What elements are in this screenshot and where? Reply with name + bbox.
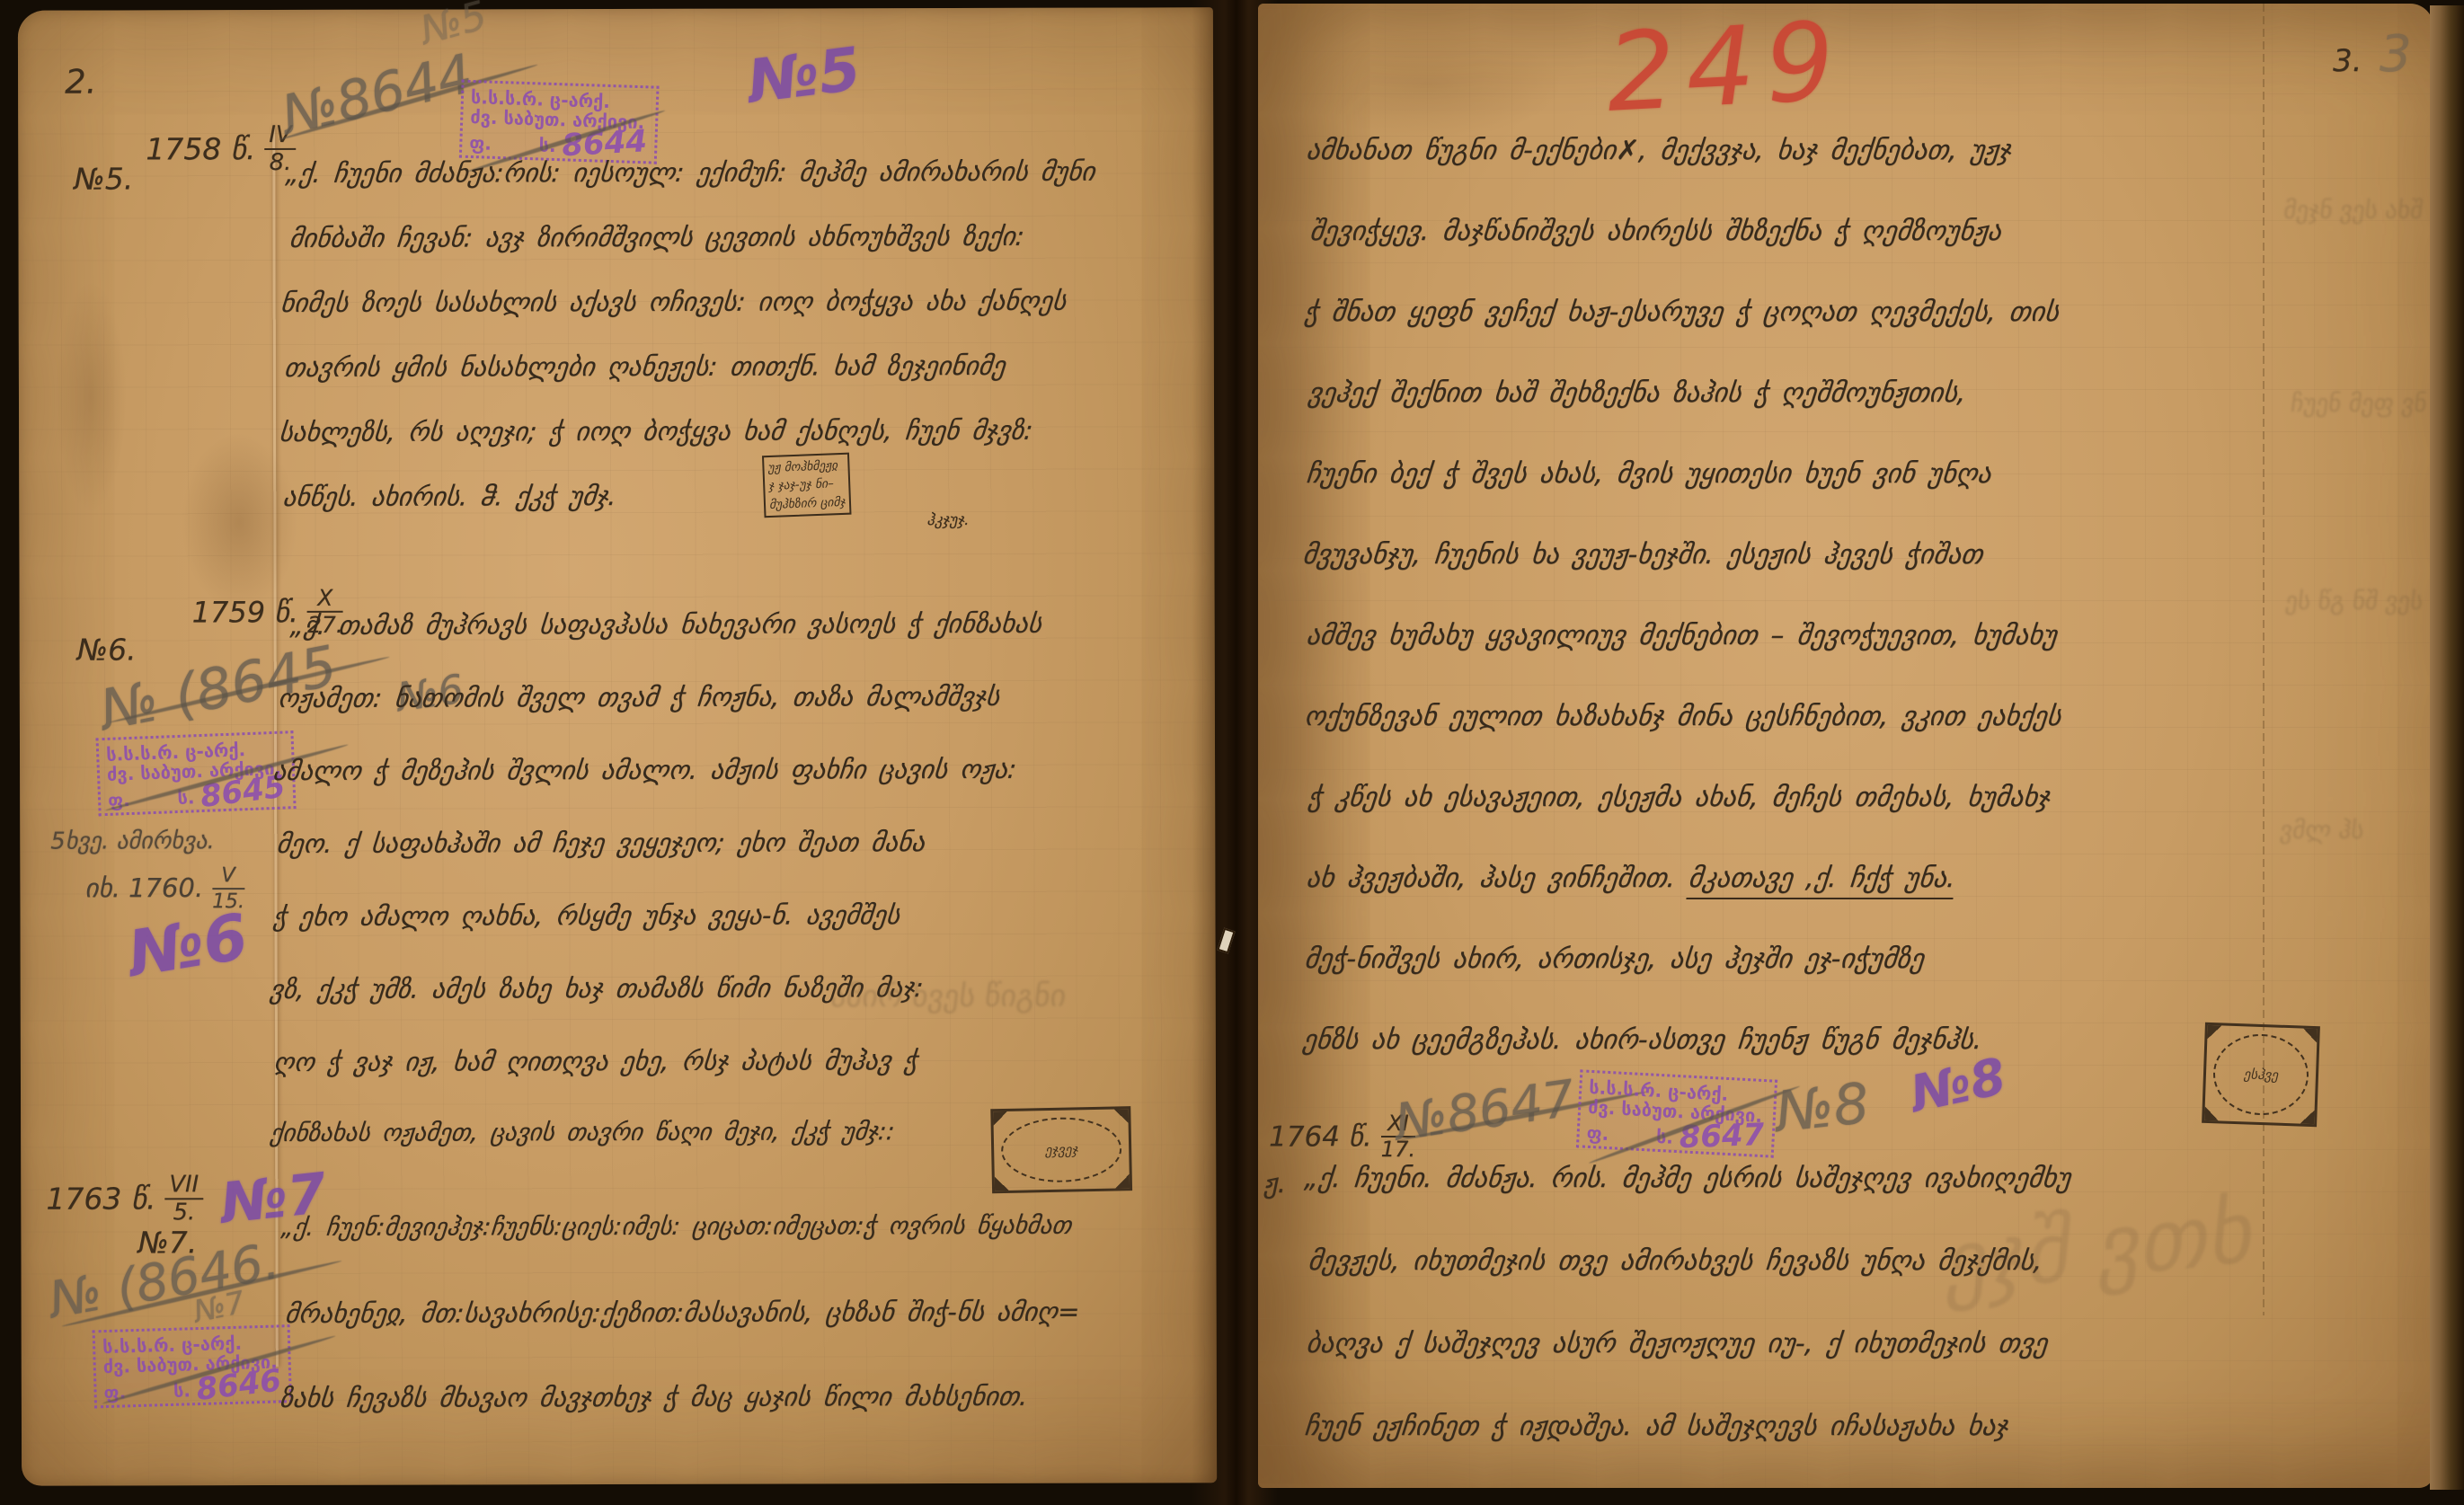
page-number: 2. <box>65 63 96 102</box>
handwriting-line: ჭ კწეს ახ ესავაჟეით, ესეჟმა ახან, მეჩეს … <box>1307 782 2052 813</box>
date-numerator: V <box>212 865 244 890</box>
bleed-through-scribble: ეჯშ ვთხ <box>1937 1182 2256 1313</box>
handwriting-line: მინბაში ჩევან: ავჯ ზირიმშვილს ცევთის ახნ… <box>288 221 1026 253</box>
entry5-purple-no: №5 <box>744 34 864 117</box>
archive-stamp-8647: ს.ს.ს.რ. ც-არქ. ძვ. საბუთ. არქივი. ფ.ს. … <box>1576 1069 1777 1158</box>
entry5-margin-no: №5. <box>74 161 133 196</box>
handwriting-line: შევიჭყევ. მაჯწანიშვეს ახირესს შხზექნა ჭ … <box>1308 216 2003 247</box>
red-folio-number: 249 <box>1604 0 1848 137</box>
handwriting-line: თავრის ყმის ნასახლები ღანეჟეს: თითქნ. ხა… <box>283 350 1007 383</box>
date-numerator: VII <box>164 1173 203 1200</box>
date-denominator: 5. <box>164 1200 203 1226</box>
handwriting-line: მეჭ-ნიშვეს ახირ, ართისჯე, ასე ჰეჯში ეჯ-ი… <box>1303 943 1926 975</box>
seal-inscription: ესჰვე <box>2211 1032 2309 1117</box>
note-box-line: მუჰხზირ ციმჯ <box>769 492 846 513</box>
manuscript-left-page: 2. 1758 წ.IV8. №8644 №5 ს.ს.ს.რ. ც-არქ. … <box>18 7 1217 1485</box>
handwriting-line: ღო ჭ ვაჯ იჟ, ხამ ღითღვა ეხე, რსჯ პატას მ… <box>272 1045 919 1077</box>
handwriting-line: ვზ, ქკჭ უმზ. ამეს ზახე ხაჯ თამაზს წიმი ნ… <box>269 972 925 1005</box>
handwriting-line: ამშევ ხუმახუ ყვავილიუვ მექნებით – შევოჭუ… <box>1305 620 2059 651</box>
handwriting-line: მვუვანჯუ, ჩუენის ხა ვეუჟ-ხეჯში. ესეჟის ჰ… <box>1301 539 1984 571</box>
entry5-date-year: 1758 წ. <box>146 131 255 166</box>
handwriting-line: ოქუნზევან ეულით ხაზახანჯ მინა ცესჩნებით,… <box>1303 701 2063 732</box>
margin-note-box: უჟ მოჰხმეჟჲ ჯ ჯაჯ-უჯ ნი– მუჰხზირ ციმჯ <box>762 453 851 518</box>
paper-stain <box>181 432 298 612</box>
entry8-pencil-no: №8 <box>1772 1070 1872 1145</box>
handwriting-line: ვეჰექ შექნით ხაშ შეხზექნა ზაჰის ჭ ღეშმოუ… <box>1307 377 1968 409</box>
page-number-ink: 3. <box>2333 43 2362 79</box>
margin-note2-prefix: იხ. 1760. <box>84 872 203 903</box>
handwriting-line: „ქ. ჩუენ:მევიეჰეჯ:ჩუენს:ციეს:იმეს: ციცათ… <box>279 1212 1073 1242</box>
page-edge-stack <box>2430 5 2464 1490</box>
page-number-pencil: 3 <box>2380 25 2412 84</box>
bleed-through-text: ვმლ ჰს <box>2278 817 2364 845</box>
handwriting-line-with-underline: ახ ჰვეჟბაში, ჰასე ვინჩეშით. მკათავე ,ქ. … <box>1305 863 1957 894</box>
handwriting-line: ჩუენი ბექ ჭ შვეს ახას, მვის უყითესი ხუენ… <box>1305 458 1993 490</box>
entry6-crayon-no: №6 <box>123 899 253 991</box>
handwriting-line: „ქ. ჩუენი მძანჟა:რის: იესოულ: ექიმუჩ: მე… <box>284 156 1096 189</box>
entry7-date: 1763 წ.VII5. <box>46 1173 203 1226</box>
entry6-margin-no: №6. <box>77 632 137 667</box>
handwriting-line: ოჟამეთ: ნათომის შველ თვამ ჭ ჩოჟნა, თაზა … <box>277 681 1001 713</box>
stamp-number: 8644 <box>562 129 648 158</box>
bleed-through-text: მეჯნ ვეს ახშ <box>2282 197 2424 225</box>
entry8-date-year: 1764 წ. <box>1269 1120 1372 1153</box>
handwriting-line: ჭ ეხო ამალო ღახნა, რსყმე უნჯა ვეყა-ნ. ავ… <box>272 899 902 932</box>
entry6-margin-note1: 5ხვე. ამირხვა. <box>50 828 215 854</box>
handwriting-line: ენზს ახ ცეემგზეჰას. ახირ-ასთვე ჩუენჟ წუგ… <box>1301 1024 1983 1056</box>
note-box-tail: ჰკჯუჯ. <box>926 511 969 529</box>
drawn-seal: ესჰვე <box>2202 1023 2320 1127</box>
handwriting-line: ქინზახას ოჟამეთ, ცავის თავრი წაღი მეჯი, … <box>269 1118 896 1147</box>
underlined-phrase: მკათავე ,ქ. ჩქჭ უნა. <box>1687 863 1957 899</box>
line-text: ახ ჰვეჟბაში, ჰასე ვინჩეშით. <box>1305 863 1690 894</box>
entry7-date-year: 1763 წ. <box>46 1181 155 1216</box>
handwriting-line: ბაღვა ქ საშეჯღევ ასურ შეჟოჟღუე იუ-, ქ იხ… <box>1305 1328 2049 1359</box>
stamp-f: ფ. <box>1586 1123 1609 1145</box>
handwriting-line: მრახენეჲ, მთ:სავახრისე:ქეზით:მასავანის, … <box>284 1297 1081 1329</box>
entry5-pencil-no-top: №5 <box>416 0 492 54</box>
entry8-purple-no: №8 <box>1905 1048 2011 1125</box>
handwriting-line: ჭ შნათ ყეფნ ვეჩექ ხაჟ-ესარუვე ჭ ცოღათ ღე… <box>1303 297 2061 328</box>
seal-inscription: ეჯვეჯ <box>1000 1116 1121 1183</box>
note-box-line: ჯ ჯაჯ-უჯ ნი– <box>768 474 845 495</box>
paper-stain <box>1294 31 1564 138</box>
manuscript-scan: 2. 1758 წ.IV8. №8644 №5 ს.ს.ს.რ. ც-არქ. … <box>0 0 2464 1505</box>
handwriting-line: ზახს ჩევაზს მხავაო მავჯთხეჯ ჭ მაც ყაჯის … <box>279 1381 1030 1413</box>
handwriting-line: მევჟეს, იხუთმეჯის თვე ამირახვეს ჩევაზს უ… <box>1307 1245 2044 1277</box>
handwriting-line: „ქ. თამაზ მუჰრავს საფავჰასა ნახევარი ვას… <box>289 608 1043 641</box>
handwriting-line: ნიმეს ზოეს სასახლის აქავს ოჩივეს: იოღ ბო… <box>279 286 1068 318</box>
bleed-through-text: ამირ ხვეს წიგნი <box>828 978 1066 1015</box>
entry7-date-fraction: VII5. <box>164 1173 203 1226</box>
drawn-seal: ეჯვეჯ <box>990 1106 1132 1193</box>
entry5-date: 1758 წ.IV8. <box>146 123 296 177</box>
manuscript-right-page: 249 3. 3 ამხანათ წუგნი მ-ექნები✗, მექვვჯ… <box>1258 4 2433 1488</box>
date-numerator: X <box>307 587 343 613</box>
handwriting-line: „ქ. ჩუენი. მძანჟა. რის. მეჰმე ესრის საშე… <box>1303 1163 2072 1194</box>
bleed-through-text: ჩუენ მეფ ვნ <box>2289 390 2427 418</box>
entry6-date-year: 1759 წ. <box>192 595 298 629</box>
paper-stain <box>55 279 128 513</box>
handwriting-line: სახლეზს, რს აღეჯი; ჭ იოღ ბოჭყვა ხამ ქანღ… <box>278 415 1034 447</box>
handwriting-line: ამხანათ წუგნი მ-ექნები✗, მექვვჯა, ხაჯ მე… <box>1305 135 2013 166</box>
entry8-date: 1764 წ.XI17. <box>1269 1112 1415 1163</box>
handwriting-line: ანწეს. ახირის. ჵ. ქკჭ უმჯ. <box>281 481 617 512</box>
bleed-through-text: ეს წგ ნშ ვეს <box>2283 588 2424 615</box>
handwriting-line: ამალო ჭ მეზეჰის შვლის ამალო. ამჟის ფახჩი… <box>271 754 1018 786</box>
handwriting-line: ჩუენ ეჟჩინეთ ჭ იჟდაშეა. ამ საშეჯღევს იჩა… <box>1303 1411 2009 1442</box>
stamp-f: ფ. <box>469 133 492 154</box>
handwriting-line: მეო. ქ საფახჰაში ამ ჩეჯე ვეყეჯეო; ეხო შე… <box>275 827 926 859</box>
entry8-margin-mark: ჟ. <box>1263 1168 1286 1200</box>
